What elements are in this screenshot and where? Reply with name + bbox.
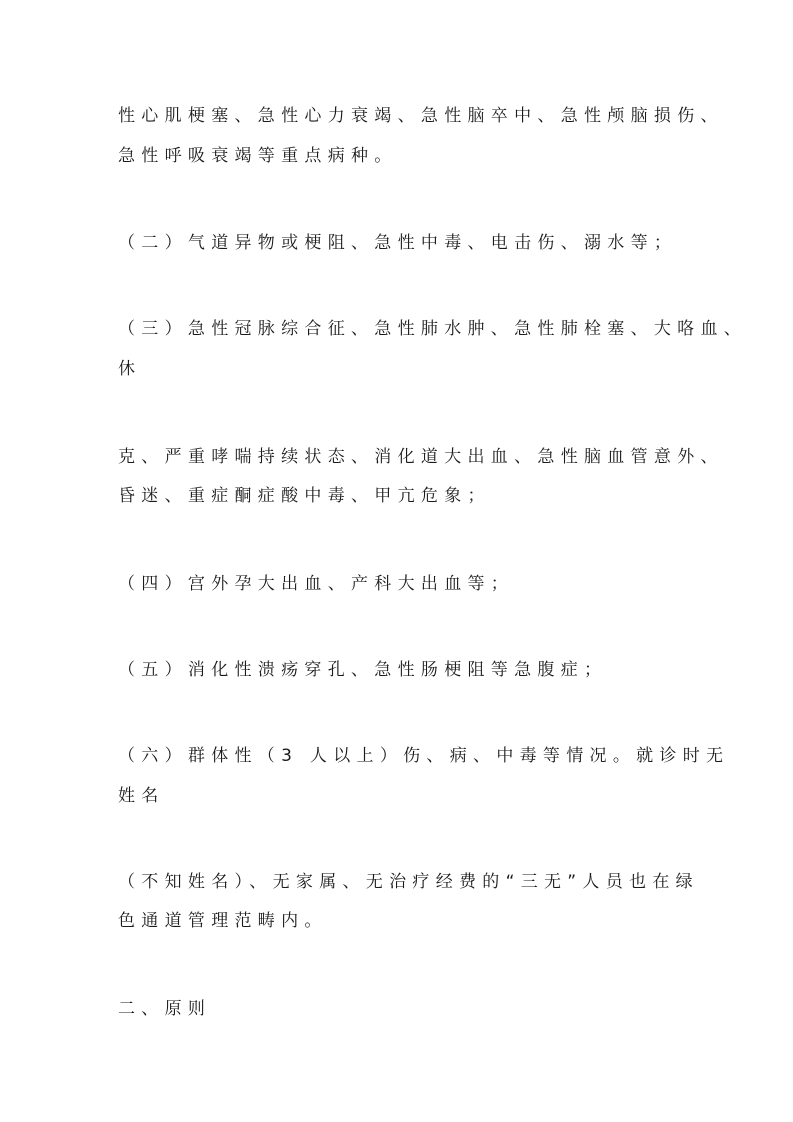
paragraph-line: 昏迷、重症酮症酸中毒、甲亢危象； bbox=[118, 486, 491, 506]
paragraph-line: 克、严重哮喘持续状态、消化道大出血、急性脑血管意外、 bbox=[118, 447, 724, 467]
list-item-3: （三）急性冠脉综合征、急性肺水肿、急性肺栓塞、大咯血、 bbox=[118, 319, 747, 339]
list-item-4: （四）宫外孕大出血、产科大出血等； bbox=[118, 574, 514, 594]
document-page: 性心肌梗塞、急性心力衰竭、急性脑卒中、急性颅脑损伤、 急性呼吸衰竭等重点病种。 … bbox=[0, 0, 793, 1122]
section-heading: 二、原则 bbox=[118, 999, 211, 1019]
list-item-5: （五）消化性溃疡穿孔、急性肠梗阻等急腹症； bbox=[118, 660, 607, 680]
paragraph-line: 性心肌梗塞、急性心力衰竭、急性脑卒中、急性颅脑损伤、 bbox=[118, 106, 724, 126]
paragraph-line: （不知姓名）、无家属、无治疗经费的“三无”人员也在绿 bbox=[118, 872, 699, 892]
list-item-6: （六）群体性（3 人以上）伤、病、中毒等情况。就诊时无 bbox=[118, 746, 729, 766]
list-item-3-continuation: 休 bbox=[118, 359, 141, 379]
list-item-6-continuation: 姓名 bbox=[118, 786, 165, 806]
paragraph-line: 急性呼吸衰竭等重点病种。 bbox=[118, 146, 398, 166]
list-item-2: （二）气道异物或梗阻、急性中毒、电击伤、溺水等； bbox=[118, 233, 677, 253]
paragraph-line: 色通道管理范畴内。 bbox=[118, 911, 328, 931]
